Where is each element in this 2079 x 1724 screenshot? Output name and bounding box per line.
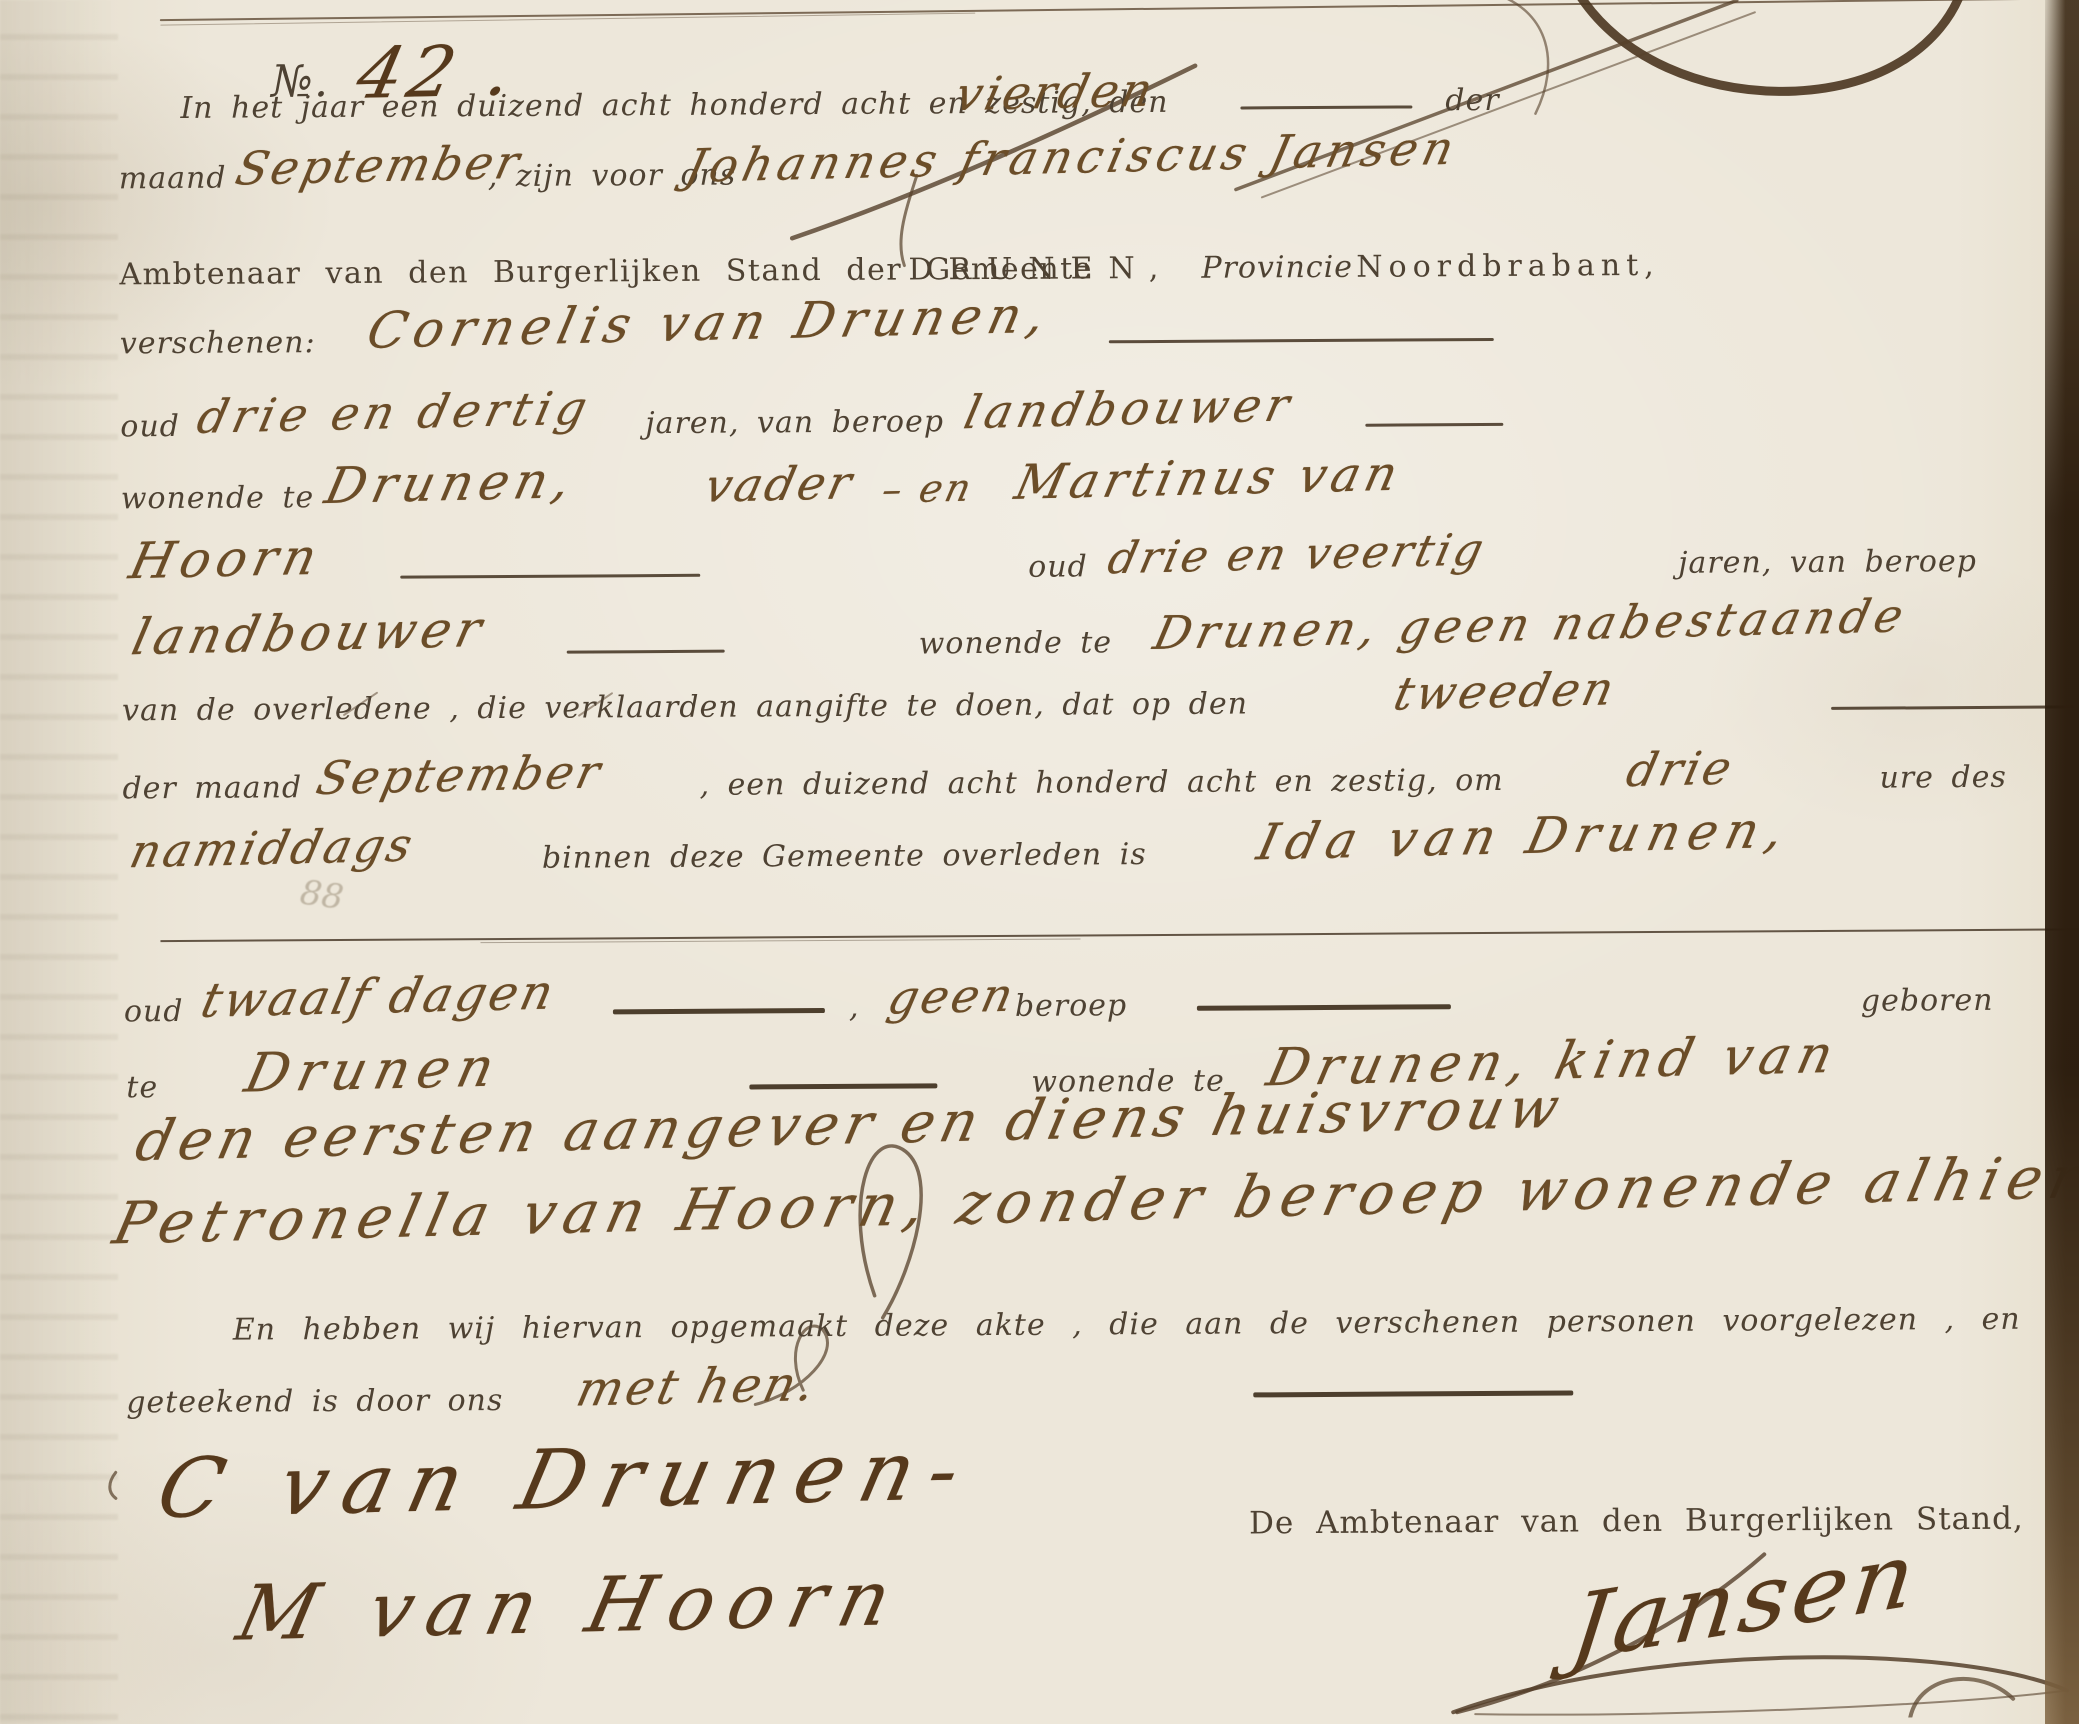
- printed-der-maand: der maand: [122, 770, 302, 806]
- printed-jaren-beroep2: jaren, van beroep: [1678, 544, 1977, 581]
- hand-daypart: namiddags: [125, 818, 420, 879]
- hand-geen: geen: [883, 968, 1021, 1025]
- printed-jaren-beroep: jaren, van beroep: [645, 404, 944, 441]
- hand-age1: drie en dertig: [192, 381, 597, 444]
- book-binding-edge: [2045, 0, 2079, 1724]
- blank-rule: [613, 1008, 825, 1014]
- province-name: Noordbrabant,: [1356, 248, 1660, 285]
- hand-residence2: Drunen, geen nabestaande: [1149, 588, 1914, 660]
- hand-age2: drie en veertig: [1103, 524, 1491, 584]
- hand-line-parents-b: Petronella van Hoorn, zonder beroep wone…: [2, 1177, 2079, 1258]
- printed-verschenen: verschenen:: [120, 325, 316, 361]
- blank-rule: [1197, 1004, 1451, 1011]
- printed-closing: En hebben wij hiervan opgemaakt deze akt…: [233, 1302, 2021, 1348]
- printed-beroep: beroep: [1015, 988, 1128, 1024]
- printed-ure-des: ure des: [1879, 760, 2007, 796]
- hand-deceased-name: Ida van Drunen,: [1252, 801, 1797, 872]
- blank-rule: [567, 650, 725, 654]
- printed-overleden-is: binnen deze Gemeente overleden is: [542, 837, 1147, 876]
- death-certificate-scan: №. 42 . In het jaar een duizend acht hon…: [0, 0, 2079, 1724]
- hand-profession1: landbouwer: [959, 377, 1299, 439]
- printed-der: der: [1445, 83, 1500, 118]
- form-line-age1: oud drie en dertig jaren, van beroep lan…: [0, 384, 2076, 445]
- printed-oud3: oud: [124, 994, 184, 1029]
- printed-oud: oud: [120, 409, 180, 444]
- hand-month: September: [231, 135, 528, 196]
- form-line-death-date: der maand September , een duizend acht h…: [0, 744, 2079, 807]
- blank-rule: [1109, 338, 1494, 343]
- hand-deceased-age: twaalf dagen: [196, 965, 561, 1029]
- hand-official-name: Johannes franciscus Jansen: [681, 121, 1464, 193]
- hand-en: – en: [878, 466, 978, 512]
- blank-rule: [749, 1083, 937, 1089]
- form-line-residence1: wonende te Drunen, vader – en Martinus v…: [0, 452, 2077, 517]
- printed-year-hour: , een duizend acht honderd acht en zesti…: [699, 763, 1503, 803]
- form-line-declarant1: verschenen: Cornelis van Drunen,: [0, 297, 2076, 362]
- hand-profession2: landbouwer: [127, 600, 492, 666]
- form-line-deceased-age: oud twaalf dagen , geen beroep geboren: [1, 967, 2079, 1030]
- form-line-residence2: landbouwer wonende te Drunen, geen nabes…: [0, 602, 2078, 667]
- municipality-name: DRUNEN,: [908, 251, 1174, 288]
- blank-rule: [400, 574, 700, 579]
- pencil-margin-mark: 88: [298, 872, 346, 917]
- printed-declaration: van de overledene , die verklaarden aang…: [122, 686, 1248, 728]
- printed-geboren: geboren: [1861, 983, 1994, 1019]
- hand-declarant1-name: Cornelis van Drunen,: [362, 286, 1058, 360]
- printed-provincie: Provincie: [1201, 250, 1353, 286]
- blank-rule: [1253, 1390, 1573, 1397]
- hand-birthplace: Drunen: [239, 1036, 508, 1105]
- hand-day-of-month: vierden: [950, 63, 1160, 122]
- form-line-month-official: maand September , zijn voor ons Johannes…: [0, 134, 2075, 197]
- hand-declarant2-name-b: Hoorn: [124, 528, 328, 591]
- hand-death-month: September: [312, 744, 609, 805]
- printed-te: te: [126, 1070, 158, 1105]
- printed-wonende-te2: wonende te: [919, 625, 1113, 661]
- blank-rule: [1365, 423, 1503, 427]
- blank-rule: [1831, 705, 2074, 709]
- hand-death-day: tweeden: [1389, 661, 1622, 720]
- form-line-age2: Hoorn oud drie en veertig jaren, van ber…: [0, 528, 2077, 591]
- form-line-deceased: namiddags binnen deze Gemeente overleden…: [0, 814, 2079, 879]
- hand-declarant2-name-a: Martinus van: [1010, 446, 1408, 511]
- printed-geteekend: geteekend is door ons: [126, 1383, 503, 1420]
- printed-wonende-te: wonende te: [121, 480, 315, 516]
- blank-rule: [1240, 105, 1412, 109]
- form-line-declaration: van de overledene , die verklaarden aang…: [0, 680, 2078, 729]
- hand-residence1: Drunen,: [320, 451, 582, 515]
- hand-death-hour: drie: [1622, 741, 1740, 798]
- official-signature-line: Jansen: [4, 1548, 2079, 1691]
- hand-met-hen: met hen.: [571, 1356, 823, 1418]
- act-content: №. 42 . In het jaar een duizend acht hon…: [0, 0, 2079, 1724]
- top-rule: [161, 0, 2074, 20]
- form-line-signed: geteekend is door ons met hen.: [3, 1358, 2079, 1421]
- printed-comma: ,: [849, 990, 860, 1025]
- printed-oud2: oud: [1028, 549, 1088, 584]
- hand-relation1: vader: [700, 455, 860, 513]
- section-separator-rule: [160, 928, 2079, 942]
- form-line-closing: En hebben wij hiervan opgemaakt deze akt…: [3, 1300, 2079, 1349]
- printed-maand: maand: [119, 161, 227, 197]
